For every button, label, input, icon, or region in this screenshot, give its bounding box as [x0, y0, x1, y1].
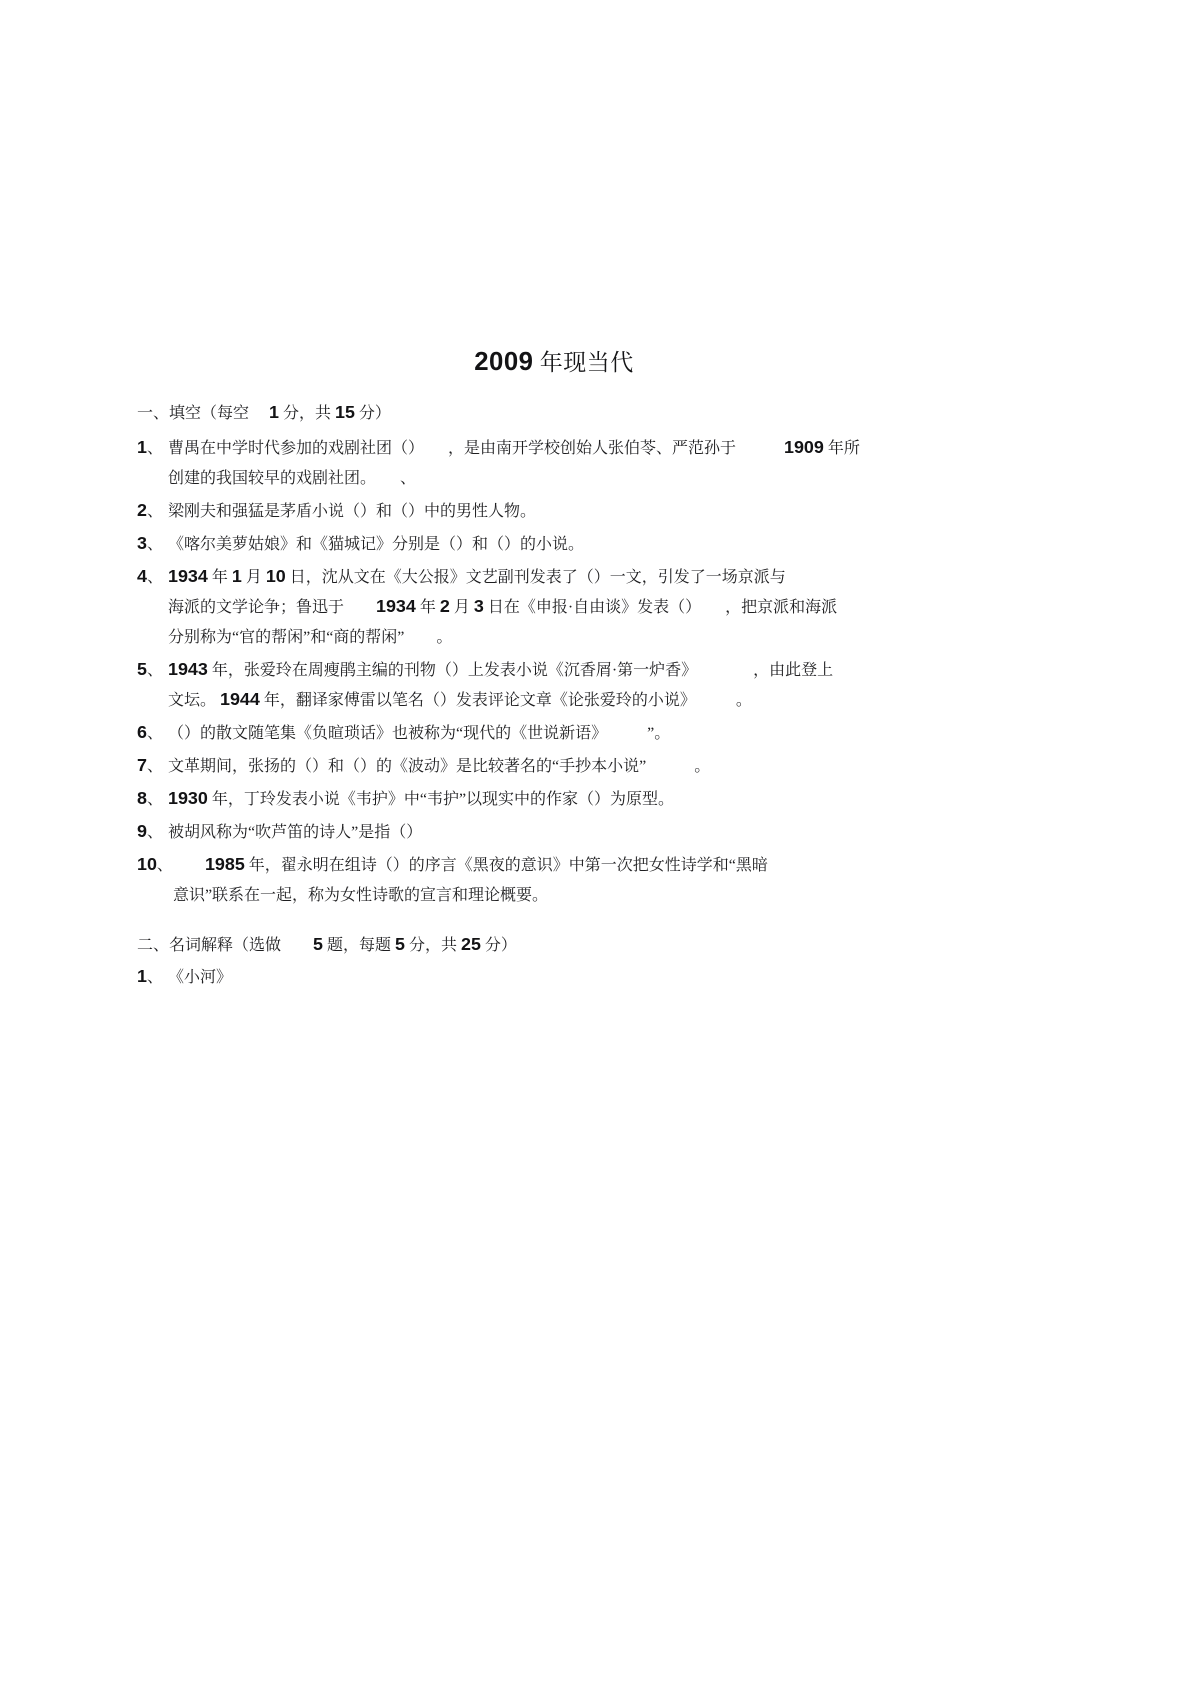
question-number: 10、: [137, 851, 173, 881]
question-text: 1934 年 1 月 10 日，沈从文在《大公报》文艺副刊发表了（）一文，引发了…: [168, 563, 937, 653]
question-item-9: 9、 被胡风称为“吹芦笛的诗人”是指（）: [137, 818, 937, 848]
question-text: 《小河》: [168, 963, 937, 993]
section-1-heading: 一、填空（每空 1 分，共 15 分）: [137, 399, 937, 429]
question-item-7: 7、 文革期间，张扬的（）和（）的《波动》是比较著名的“手抄本小说” 。: [137, 752, 937, 782]
question-text: （）的散文随笔集《负暄琐话》也被称为“现代的《世说新语》 ”。: [168, 719, 937, 749]
section-term-definitions: 二、名词解释（选做 5 题，每题 5 分，共 25 分） 1、 《小河》: [137, 931, 937, 993]
question-item-5: 5、 1943 年，张爱玲在周瘦鹃主编的刊物（）上发表小说《沉香屑·第一炉香》 …: [137, 656, 937, 716]
question-item-6: 6、 （）的散文随笔集《负暄琐话》也被称为“现代的《世说新语》 ”。: [137, 719, 937, 749]
question-item-8: 8、 1930 年，丁玲发表小说《韦护》中“韦护”以现实中的作家（）为原型。: [137, 785, 937, 815]
question-text: 梁刚夫和强猛是茅盾小说（）和（）中的男性人物。: [168, 497, 937, 527]
question-number: 5、: [137, 656, 168, 686]
question-item-2: 2、 梁刚夫和强猛是茅盾小说（）和（）中的男性人物。: [137, 497, 937, 527]
question-number: 9、: [137, 818, 168, 848]
question-number: 7、: [137, 752, 168, 782]
question-text: 《喀尔美萝姑娘》和《猫城记》分别是（）和（）的小说。: [168, 530, 937, 560]
question-number: 8、: [137, 785, 168, 815]
question-item-10: 10、 1985 年，翟永明在组诗（）的序言《黑夜的意识》中第一次把女性诗学和“…: [137, 851, 937, 911]
question-number: 1、: [137, 434, 168, 464]
question-item-1: 1、 曹禺在中学时代参加的戏剧社团（） ，是由南开学校创始人张伯苓、严范孙于 1…: [137, 434, 937, 494]
question-text: 文革期间，张扬的（）和（）的《波动》是比较著名的“手抄本小说” 。: [168, 752, 937, 782]
question-number: 2、: [137, 497, 168, 527]
question-number: 1、: [137, 963, 168, 993]
question-number: 6、: [137, 719, 168, 749]
question-text: 被胡风称为“吹芦笛的诗人”是指（）: [168, 818, 937, 848]
question-text: 1985 年，翟永明在组诗（）的序言《黑夜的意识》中第一次把女性诗学和“黑暗 意…: [173, 851, 937, 911]
question-item-3: 3、 《喀尔美萝姑娘》和《猫城记》分别是（）和（）的小说。: [137, 530, 937, 560]
section-fill-in-blanks: 一、填空（每空 1 分，共 15 分） 1、 曹禺在中学时代参加的戏剧社团（） …: [137, 399, 937, 911]
question-item-4: 4、 1934 年 1 月 10 日，沈从文在《大公报》文艺副刊发表了（）一文，…: [137, 563, 937, 653]
document-content: 2009 年现当代 一、填空（每空 1 分，共 15 分） 1、 曹禺在中学时代…: [137, 348, 937, 996]
question-number: 3、: [137, 530, 168, 560]
question-number: 4、: [137, 563, 168, 593]
page-title: 2009 年现当代: [137, 348, 937, 378]
document-page: 2009 年现当代 一、填空（每空 1 分，共 15 分） 1、 曹禺在中学时代…: [0, 0, 1190, 1683]
term-item-1: 1、 《小河》: [137, 963, 937, 993]
section-2-heading: 二、名词解释（选做 5 题，每题 5 分，共 25 分）: [137, 931, 937, 961]
question-text: 曹禺在中学时代参加的戏剧社团（） ，是由南开学校创始人张伯苓、严范孙于 1909…: [168, 434, 937, 494]
question-text: 1930 年，丁玲发表小说《韦护》中“韦护”以现实中的作家（）为原型。: [168, 785, 937, 815]
question-text: 1943 年，张爱玲在周瘦鹃主编的刊物（）上发表小说《沉香屑·第一炉香》 ，由此…: [168, 656, 937, 716]
